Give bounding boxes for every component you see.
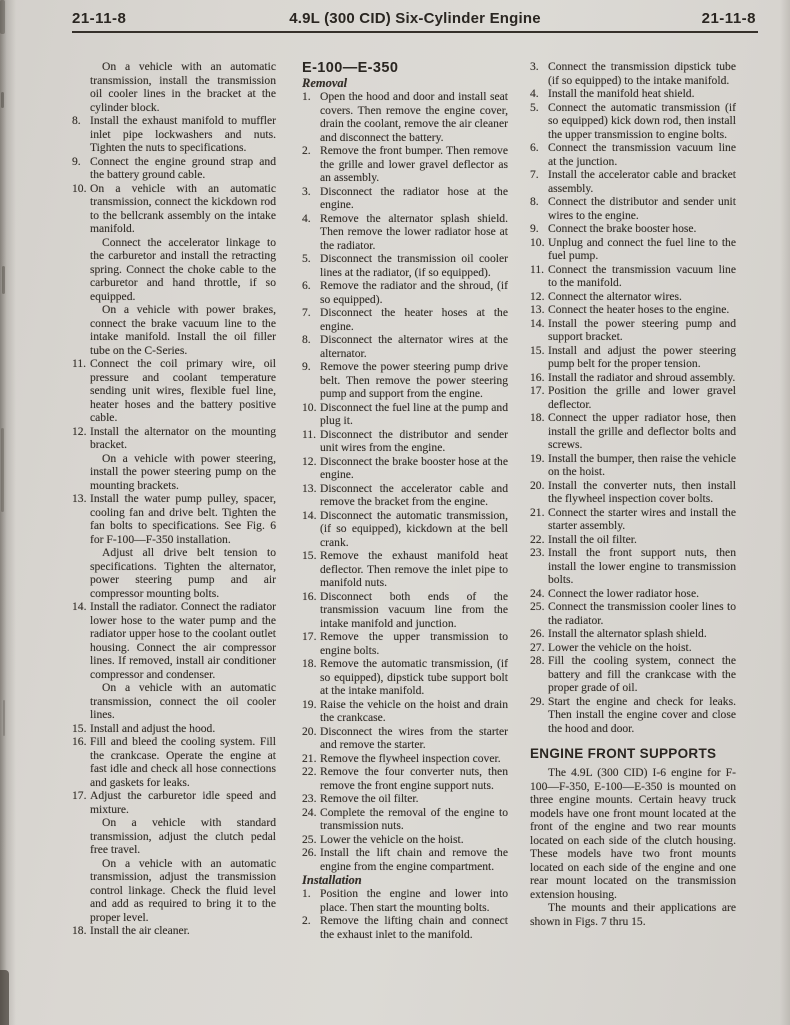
paragraph: Connect the accelerator linkage to the c… bbox=[72, 236, 276, 304]
item-number: 3. bbox=[530, 60, 539, 74]
numbered-item: 14.Install the radiator. Connect the rad… bbox=[72, 600, 276, 681]
item-text: Adjust the carburetor idle speed and mix… bbox=[90, 789, 276, 816]
item-number: 15. bbox=[530, 344, 545, 358]
numbered-item: 6.Remove the radiator and the shroud, (i… bbox=[302, 279, 508, 306]
numbered-item: 10.Unplug and connect the fuel line to t… bbox=[530, 236, 736, 263]
item-number: 3. bbox=[302, 185, 311, 199]
numbered-item: 26.Install the alternator splash shield. bbox=[530, 627, 736, 641]
item-text: Connect the upper radiator hose, then in… bbox=[548, 411, 736, 451]
item-text: Position the engine and lower into place… bbox=[320, 887, 508, 914]
item-number: 10. bbox=[302, 401, 317, 415]
item-number: 15. bbox=[72, 722, 87, 736]
numbered-item: 18.Install the air cleaner. bbox=[72, 924, 276, 938]
item-text: Install the radiator. Connect the radiat… bbox=[90, 600, 276, 681]
item-text: Fill the cooling system, connect the bat… bbox=[548, 654, 736, 694]
item-text: Disconnect the distributor and sender un… bbox=[320, 428, 508, 455]
numbered-item: 27.Lower the vehicle on the hoist. bbox=[530, 641, 736, 655]
item-text: Disconnect the fuel line at the pump and… bbox=[320, 401, 508, 428]
item-text: Install the exhaust manifold to muffler … bbox=[90, 114, 276, 154]
item-text: Complete the removal of the engine to tr… bbox=[320, 806, 508, 833]
item-text: Install the alternator on the mounting b… bbox=[90, 425, 276, 452]
item-text: Install and adjust the hood. bbox=[90, 722, 215, 735]
header-rule bbox=[72, 31, 758, 33]
numbered-item: 13.Disconnect the accelerator cable and … bbox=[302, 482, 508, 509]
item-number: 9. bbox=[302, 360, 311, 374]
item-number: 5. bbox=[530, 101, 539, 115]
numbered-item: 3.Connect the transmission dipstick tube… bbox=[530, 60, 736, 87]
numbered-item: 1.Open the hood and door and install sea… bbox=[302, 90, 508, 144]
item-text: Install the front support nuts, then ins… bbox=[548, 546, 736, 586]
item-text: Disconnect the automatic transmission, (… bbox=[320, 509, 508, 549]
numbered-item: 3.Disconnect the radiator hose at the en… bbox=[302, 185, 508, 212]
item-text: Position the grille and lower gravel def… bbox=[548, 384, 736, 411]
numbered-item: 18.Remove the automatic transmission, (i… bbox=[302, 657, 508, 698]
scan-edge-right bbox=[780, 0, 790, 1025]
item-number: 8. bbox=[302, 333, 311, 347]
numbered-item: 22.Remove the four converter nuts, then … bbox=[302, 765, 508, 792]
numbered-item: 8.Disconnect the alternator wires at the… bbox=[302, 333, 508, 360]
item-text: Install the power steering pump and supp… bbox=[548, 317, 736, 344]
item-number: 16. bbox=[72, 735, 87, 749]
item-text: Install the bumper, then raise the vehic… bbox=[548, 452, 736, 479]
item-number: 16. bbox=[530, 371, 545, 385]
item-text: Start the engine and check for leaks. Th… bbox=[548, 695, 736, 735]
item-number: 8. bbox=[530, 195, 539, 209]
item-number: 12. bbox=[530, 290, 545, 304]
numbered-item: 11.Connect the coil primary wire, oil pr… bbox=[72, 357, 276, 425]
item-text: Connect the engine ground strap and the … bbox=[90, 155, 276, 182]
paragraph: Adjust all drive belt tension to specifi… bbox=[72, 546, 276, 600]
numbered-item: 8.Connect the distributor and sender uni… bbox=[530, 195, 736, 222]
item-number: 19. bbox=[530, 452, 545, 466]
item-number: 8. bbox=[72, 114, 81, 128]
item-number: 13. bbox=[72, 492, 87, 506]
numbered-item: 12.Install the alternator on the mountin… bbox=[72, 425, 276, 452]
item-text: Install the manifold heat shield. bbox=[548, 87, 695, 100]
column-heading: E-100—E-350 bbox=[302, 60, 508, 76]
right-column: 3.Connect the transmission dipstick tube… bbox=[530, 60, 736, 928]
item-text: Remove the oil filter. bbox=[320, 792, 419, 805]
item-number: 24. bbox=[302, 806, 317, 820]
numbered-item: 20.Disconnect the wires from the starter… bbox=[302, 725, 508, 752]
item-text: Connect the lower radiator hose. bbox=[548, 587, 699, 600]
numbered-item: 12.Disconnect the brake booster hose at … bbox=[302, 455, 508, 482]
item-text: Disconnect the transmission oil cooler l… bbox=[320, 252, 508, 279]
numbered-item: 28.Fill the cooling system, connect the … bbox=[530, 654, 736, 695]
numbered-item: 21.Connect the starter wires and install… bbox=[530, 506, 736, 533]
item-number: 15. bbox=[302, 549, 317, 563]
numbered-item: 1.Position the engine and lower into pla… bbox=[302, 887, 508, 914]
subheading: Installation bbox=[302, 873, 508, 887]
item-number: 9. bbox=[530, 222, 539, 236]
item-text: Install the water pump pulley, spacer, c… bbox=[90, 492, 276, 546]
scan-artifact bbox=[1, 428, 4, 512]
paragraph: On a vehicle with an automatic transmiss… bbox=[72, 681, 276, 722]
middle-column: E-100—E-350Removal1.Open the hood and do… bbox=[302, 60, 508, 941]
item-text: Install and adjust the power steering pu… bbox=[548, 344, 736, 371]
numbered-item: 13.Install the water pump pulley, spacer… bbox=[72, 492, 276, 546]
item-number: 16. bbox=[302, 590, 317, 604]
numbered-item: 17.Adjust the carburetor idle speed and … bbox=[72, 789, 276, 816]
numbered-item: 19.Install the bumper, then raise the ve… bbox=[530, 452, 736, 479]
item-number: 7. bbox=[530, 168, 539, 182]
item-number: 13. bbox=[530, 303, 545, 317]
scan-artifact bbox=[3, 700, 5, 736]
numbered-item: 24.Connect the lower radiator hose. bbox=[530, 587, 736, 601]
item-text: Remove the alternator splash shield. The… bbox=[320, 212, 508, 252]
item-number: 6. bbox=[302, 279, 311, 293]
item-text: Connect the distributor and sender unit … bbox=[548, 195, 736, 222]
item-text: Remove the front bumper. Then remove the… bbox=[320, 144, 508, 184]
numbered-item: 4.Install the manifold heat shield. bbox=[530, 87, 736, 101]
item-text: Connect the transmission vacuum line at … bbox=[548, 141, 736, 168]
item-number: 14. bbox=[72, 600, 87, 614]
section-heading: ENGINE FRONT SUPPORTS bbox=[530, 746, 736, 761]
numbered-item: 19.Raise the vehicle on the hoist and dr… bbox=[302, 698, 508, 725]
numbered-item: 7.Disconnect the heater hoses at the eng… bbox=[302, 306, 508, 333]
numbered-item: 9.Remove the power steering pump drive b… bbox=[302, 360, 508, 401]
item-number: 26. bbox=[302, 846, 317, 860]
item-text: Disconnect the brake booster hose at the… bbox=[320, 455, 508, 482]
item-number: 20. bbox=[530, 479, 545, 493]
numbered-item: 9.Connect the engine ground strap and th… bbox=[72, 155, 276, 182]
numbered-item: 23.Remove the oil filter. bbox=[302, 792, 508, 806]
item-number: 12. bbox=[302, 455, 317, 469]
item-text: Disconnect both ends of the transmission… bbox=[320, 590, 508, 630]
item-number: 23. bbox=[530, 546, 545, 560]
item-number: 20. bbox=[302, 725, 317, 739]
item-text: Disconnect the heater hoses at the engin… bbox=[320, 306, 508, 333]
item-text: Remove the lifting chain and connect the… bbox=[320, 914, 508, 941]
item-text: Install the alternator splash shield. bbox=[548, 627, 707, 640]
item-text: Install the accelerator cable and bracke… bbox=[548, 168, 736, 195]
item-text: Install the radiator and shroud assembly… bbox=[548, 371, 735, 384]
numbered-item: 12.Connect the alternator wires. bbox=[530, 290, 736, 304]
numbered-item: 25.Connect the transmission cooler lines… bbox=[530, 600, 736, 627]
item-number: 4. bbox=[302, 212, 311, 226]
numbered-item: 14.Install the power steering pump and s… bbox=[530, 317, 736, 344]
numbered-item: 11.Disconnect the distributor and sender… bbox=[302, 428, 508, 455]
numbered-item: 15.Install and adjust the hood. bbox=[72, 722, 276, 736]
numbered-item: 15.Remove the exhaust manifold heat defl… bbox=[302, 549, 508, 590]
item-text: Install the air cleaner. bbox=[90, 924, 190, 937]
item-number: 21. bbox=[302, 752, 317, 766]
item-text: Connect the transmission dipstick tube (… bbox=[548, 60, 736, 87]
item-text: Connect the coil primary wire, oil press… bbox=[90, 357, 276, 424]
item-number: 14. bbox=[302, 509, 317, 523]
item-text: Remove the exhaust manifold heat deflect… bbox=[320, 549, 508, 589]
numbered-item: 18.Connect the upper radiator hose, then… bbox=[530, 411, 736, 452]
numbered-item: 21.Remove the flywheel inspection cover. bbox=[302, 752, 508, 766]
item-number: 7. bbox=[302, 306, 311, 320]
paragraph: On a vehicle with an automatic transmiss… bbox=[72, 857, 276, 925]
item-number: 17. bbox=[530, 384, 545, 398]
numbered-item: 23.Install the front support nuts, then … bbox=[530, 546, 736, 587]
item-number: 12. bbox=[72, 425, 87, 439]
item-number: 6. bbox=[530, 141, 539, 155]
scan-artifact bbox=[2, 266, 5, 294]
item-number: 11. bbox=[530, 263, 544, 277]
item-text: Connect the automatic transmission (if s… bbox=[548, 101, 736, 141]
paragraph: On a vehicle with power brakes, connect … bbox=[72, 303, 276, 357]
item-text: Lower the vehicle on the hoist. bbox=[320, 833, 464, 846]
paragraph: On a vehicle with standard transmission,… bbox=[72, 816, 276, 857]
item-number: 1. bbox=[302, 887, 311, 901]
numbered-item: 10.On a vehicle with an automatic transm… bbox=[72, 182, 276, 236]
numbered-item: 22.Install the oil filter. bbox=[530, 533, 736, 547]
numbered-item: 10.Disconnect the fuel line at the pump … bbox=[302, 401, 508, 428]
numbered-item: 11.Connect the transmission vacuum line … bbox=[530, 263, 736, 290]
item-number: 27. bbox=[530, 641, 545, 655]
paragraph: On a vehicle with power steering, instal… bbox=[72, 452, 276, 493]
item-text: Install the lift chain and remove the en… bbox=[320, 846, 508, 873]
paragraph: On a vehicle with an automatic transmiss… bbox=[72, 60, 276, 114]
numbered-item: 29.Start the engine and check for leaks.… bbox=[530, 695, 736, 736]
manual-page: 21-11-8 4.9L (300 CID) Six-Cylinder Engi… bbox=[0, 0, 790, 1025]
item-text: Remove the upper transmission to engine … bbox=[320, 630, 508, 657]
item-text: On a vehicle with an automatic transmiss… bbox=[90, 182, 276, 236]
item-number: 4. bbox=[530, 87, 539, 101]
item-number: 17. bbox=[302, 630, 317, 644]
item-number: 25. bbox=[302, 833, 317, 847]
item-number: 25. bbox=[530, 600, 545, 614]
item-text: Disconnect the accelerator cable and rem… bbox=[320, 482, 508, 509]
item-number: 22. bbox=[530, 533, 545, 547]
item-text: Lower the vehicle on the hoist. bbox=[548, 641, 692, 654]
item-number: 11. bbox=[302, 428, 316, 442]
numbered-item: 5.Disconnect the transmission oil cooler… bbox=[302, 252, 508, 279]
numbered-item: 4.Remove the alternator splash shield. T… bbox=[302, 212, 508, 253]
numbered-item: 25.Lower the vehicle on the hoist. bbox=[302, 833, 508, 847]
item-number: 26. bbox=[530, 627, 545, 641]
item-text: Connect the alternator wires. bbox=[548, 290, 682, 303]
item-text: Remove the flywheel inspection cover. bbox=[320, 752, 501, 765]
item-text: Connect the transmission cooler lines to… bbox=[548, 600, 736, 627]
item-number: 1. bbox=[302, 90, 311, 104]
scan-artifact bbox=[1, 92, 4, 108]
scan-artifact bbox=[0, 0, 5, 34]
item-number: 18. bbox=[530, 411, 545, 425]
item-text: Connect the transmission vacuum line to … bbox=[548, 263, 736, 290]
item-number: 21. bbox=[530, 506, 545, 520]
item-number: 10. bbox=[530, 236, 545, 250]
page-header: 21-11-8 4.9L (300 CID) Six-Cylinder Engi… bbox=[72, 10, 758, 30]
numbered-item: 14.Disconnect the automatic transmission… bbox=[302, 509, 508, 550]
item-text: Raise the vehicle on the hoist and drain… bbox=[320, 698, 508, 725]
item-number: 18. bbox=[72, 924, 87, 938]
item-text: Fill and bleed the cooling system. Fill … bbox=[90, 735, 276, 789]
item-number: 17. bbox=[72, 789, 87, 803]
item-number: 10. bbox=[72, 182, 87, 196]
item-number: 13. bbox=[302, 482, 317, 496]
numbered-item: 26.Install the lift chain and remove the… bbox=[302, 846, 508, 873]
item-text: Unplug and connect the fuel line to the … bbox=[548, 236, 736, 263]
item-text: Connect the brake booster hose. bbox=[548, 222, 696, 235]
numbered-item: 16.Fill and bleed the cooling system. Fi… bbox=[72, 735, 276, 789]
numbered-item: 15.Install and adjust the power steering… bbox=[530, 344, 736, 371]
scan-edge-shadow bbox=[0, 0, 16, 1025]
item-number: 24. bbox=[530, 587, 545, 601]
page-number-right: 21-11-8 bbox=[702, 10, 756, 27]
item-number: 29. bbox=[530, 695, 545, 709]
item-text: Remove the radiator and the shroud, (if … bbox=[320, 279, 508, 306]
item-text: Remove the four converter nuts, then rem… bbox=[320, 765, 508, 792]
item-number: 2. bbox=[302, 144, 311, 158]
scan-artifact bbox=[0, 970, 9, 1025]
item-number: 28. bbox=[530, 654, 545, 668]
page-title: 4.9L (300 CID) Six-Cylinder Engine bbox=[72, 10, 758, 27]
item-text: Disconnect the alternator wires at the a… bbox=[320, 333, 508, 360]
numbered-item: 13.Connect the heater hoses to the engin… bbox=[530, 303, 736, 317]
numbered-item: 7.Install the accelerator cable and brac… bbox=[530, 168, 736, 195]
left-column: On a vehicle with an automatic transmiss… bbox=[72, 60, 276, 938]
item-text: Remove the power steering pump drive bel… bbox=[320, 360, 508, 400]
item-text: Remove the automatic transmission, (if s… bbox=[320, 657, 508, 697]
numbered-item: 9.Connect the brake booster hose. bbox=[530, 222, 736, 236]
item-number: 14. bbox=[530, 317, 545, 331]
item-number: 18. bbox=[302, 657, 317, 671]
numbered-item: 8.Install the exhaust manifold to muffle… bbox=[72, 114, 276, 155]
numbered-item: 6.Connect the transmission vacuum line a… bbox=[530, 141, 736, 168]
item-number: 9. bbox=[72, 155, 81, 169]
numbered-item: 20.Install the converter nuts, then inst… bbox=[530, 479, 736, 506]
item-text: Open the hood and door and install seat … bbox=[320, 90, 508, 144]
item-number: 23. bbox=[302, 792, 317, 806]
item-text: Install the converter nuts, then install… bbox=[548, 479, 736, 506]
subheading: Removal bbox=[302, 76, 508, 90]
item-number: 22. bbox=[302, 765, 317, 779]
numbered-item: 2.Remove the front bumper. Then remove t… bbox=[302, 144, 508, 185]
item-number: 5. bbox=[302, 252, 311, 266]
paragraph: The 4.9L (300 CID) I-6 engine for F-100—… bbox=[530, 766, 736, 901]
item-text: Disconnect the radiator hose at the engi… bbox=[320, 185, 508, 212]
numbered-item: 24.Complete the removal of the engine to… bbox=[302, 806, 508, 833]
paragraph: The mounts and their applications are sh… bbox=[530, 901, 736, 928]
numbered-item: 5.Connect the automatic transmission (if… bbox=[530, 101, 736, 142]
item-text: Connect the starter wires and install th… bbox=[548, 506, 736, 533]
numbered-item: 17.Position the grille and lower gravel … bbox=[530, 384, 736, 411]
numbered-item: 16.Disconnect both ends of the transmiss… bbox=[302, 590, 508, 631]
numbered-item: 16.Install the radiator and shroud assem… bbox=[530, 371, 736, 385]
numbered-item: 17.Remove the upper transmission to engi… bbox=[302, 630, 508, 657]
item-number: 2. bbox=[302, 914, 311, 928]
item-text: Install the oil filter. bbox=[548, 533, 637, 546]
numbered-item: 2.Remove the lifting chain and connect t… bbox=[302, 914, 508, 941]
item-text: Connect the heater hoses to the engine. bbox=[548, 303, 729, 316]
item-number: 11. bbox=[72, 357, 86, 371]
item-text: Disconnect the wires from the starter an… bbox=[320, 725, 508, 752]
item-number: 19. bbox=[302, 698, 317, 712]
